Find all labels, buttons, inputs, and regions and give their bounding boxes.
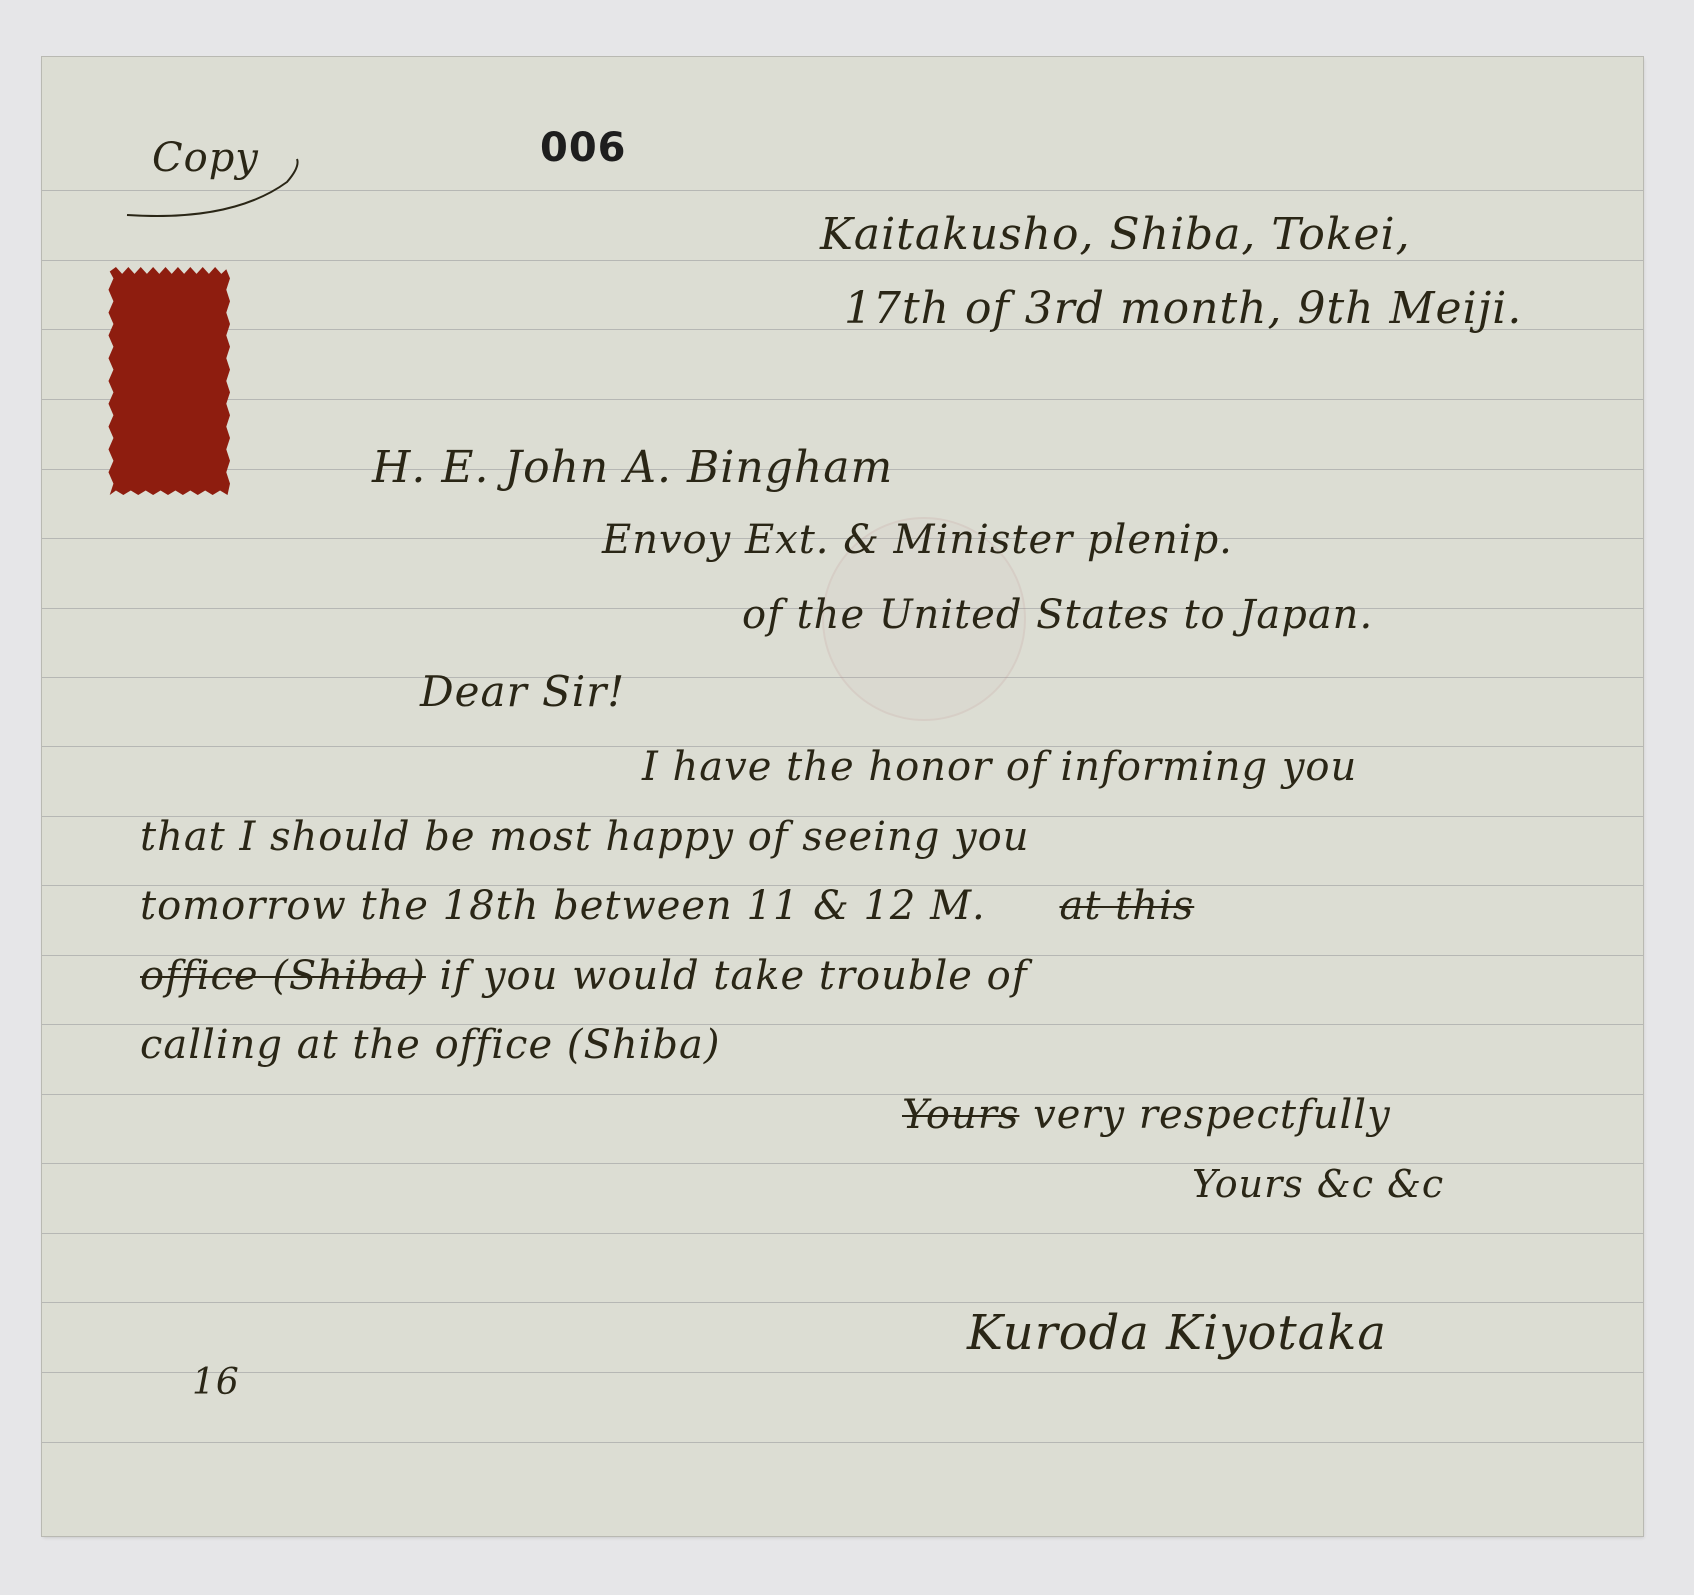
ruled-line <box>42 399 1643 400</box>
ruled-line <box>42 1372 1643 1373</box>
copy-label: Copy <box>152 135 259 181</box>
body-line-1: I have the honor of informing you <box>642 744 1357 790</box>
salutation: Dear Sir! <box>420 667 625 716</box>
ruled-line <box>42 260 1643 261</box>
struck-text: at this <box>1059 883 1194 929</box>
struck-text: office (Shiba) <box>140 953 426 999</box>
addressee-title: Envoy Ext. & Minister plenip. <box>602 517 1233 563</box>
ruled-line <box>42 1302 1643 1303</box>
body-line-4: office (Shiba) if you would take trouble… <box>140 953 1028 999</box>
body-line-3: tomorrow the 18th between 11 & 12 M. at … <box>140 883 1194 929</box>
struck-text: Yours <box>902 1092 1019 1138</box>
body-line-5: calling at the office (Shiba) <box>140 1022 720 1068</box>
body-line-3-text: tomorrow the 18th between 11 & 12 M. <box>140 883 986 929</box>
body-line-2: that I should be most happy of seeing yo… <box>140 814 1029 860</box>
body-line-4-text: if you would take trouble of <box>440 953 1028 999</box>
closing-line-2: Yours &c &c <box>1192 1162 1444 1206</box>
closing-line-1: Yours very respectfully <box>902 1092 1391 1138</box>
closing-text: very respectfully <box>1033 1092 1391 1138</box>
ruled-line <box>42 1442 1643 1443</box>
addressee-country: of the United States to Japan. <box>742 592 1373 638</box>
heading-place: Kaitakusho, Shiba, Tokei, <box>820 209 1411 260</box>
letter-paper: Copy 006 Kaitakusho, Shiba, Tokei, 17th … <box>42 57 1643 1536</box>
heading-date: 17th of 3rd month, 9th Meiji. <box>844 283 1522 334</box>
ruled-line <box>42 1094 1643 1095</box>
signature: Kuroda Kiyotaka <box>967 1305 1387 1361</box>
page-number: 16 <box>192 1362 240 1403</box>
addressee-name: H. E. John A. Bingham <box>372 442 893 493</box>
document-number: 006 <box>540 125 627 171</box>
red-seal-stamp <box>106 267 230 495</box>
ruled-line <box>42 1233 1643 1234</box>
